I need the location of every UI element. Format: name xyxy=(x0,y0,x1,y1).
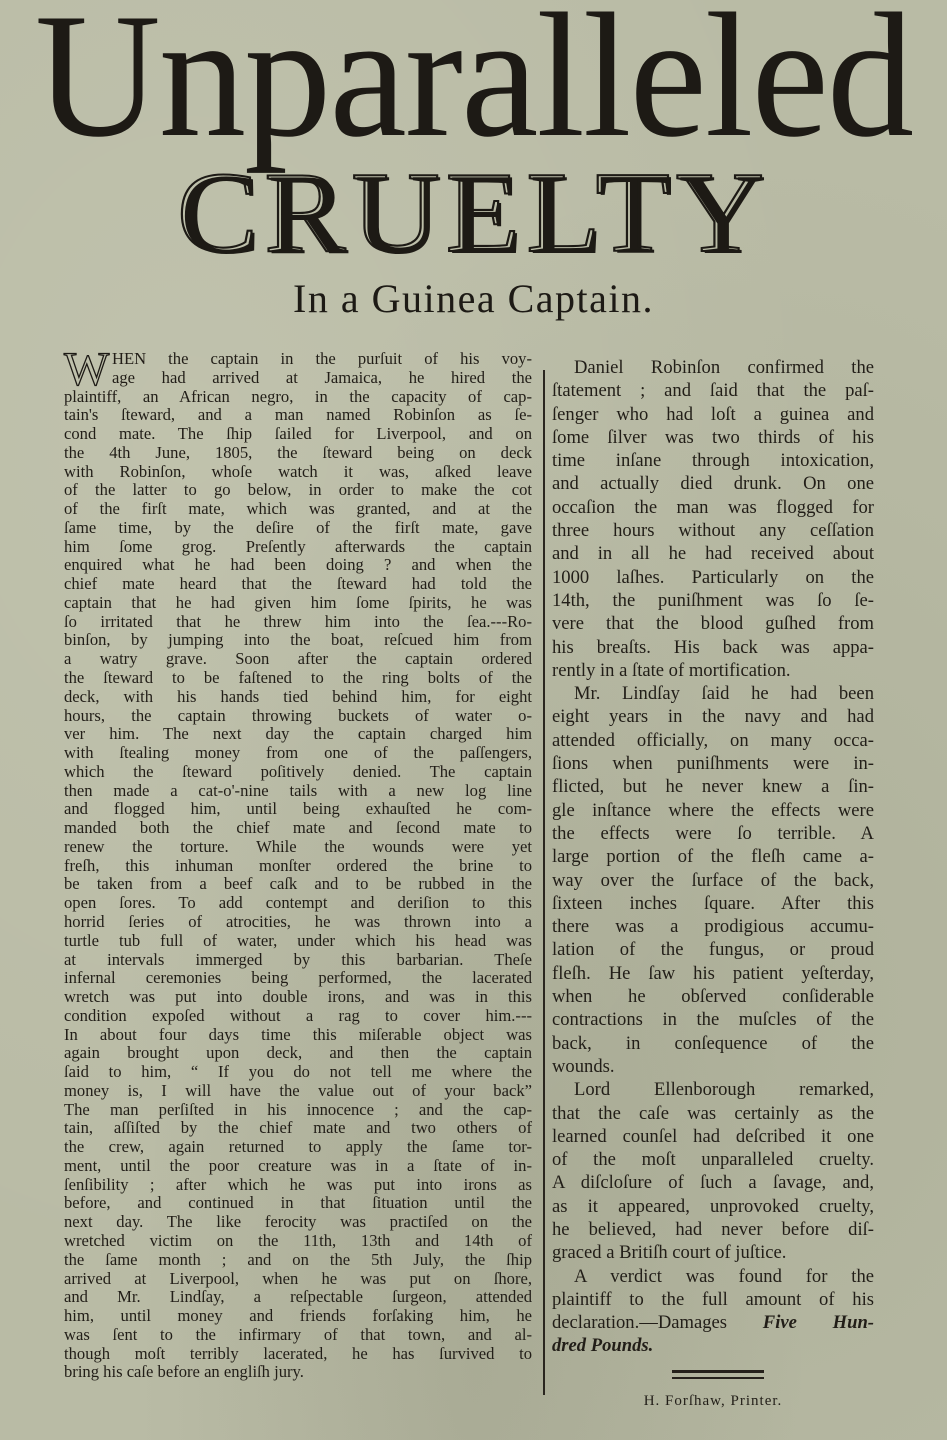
text-line: captain that he had given him ſome ſpiri… xyxy=(64,594,532,613)
text-line: the 4th June, 1805, the ſteward being on… xyxy=(64,444,532,463)
text-line: 14th, the puniſhment was ſo ſe- xyxy=(552,589,874,612)
text-line: money is, I will have the value out of y… xyxy=(64,1082,532,1101)
text-line: again brought upon deck, and then the ca… xyxy=(64,1044,532,1063)
drop-cap: W xyxy=(64,350,109,390)
text-line: open ſores. To add contempt and deriſion… xyxy=(64,894,532,913)
printer-imprint: H. Forſhaw, Printer. xyxy=(552,1393,874,1410)
text-line: large portion of the fleſh came a- xyxy=(552,845,874,868)
column-divider xyxy=(543,370,545,1395)
text-line: next day. The like ferocity was practiſe… xyxy=(64,1213,532,1232)
double-rule-top xyxy=(672,1370,764,1373)
text-line: be taken from a beef caſk and to be rubb… xyxy=(64,875,532,894)
text-line: him ſome grog. Preſently afterwards the … xyxy=(64,538,532,557)
text-line: Daniel Robinſon confirmed the xyxy=(552,356,874,379)
text-line: wretch was put into double irons, and wa… xyxy=(64,988,532,1007)
text-line: him, until money and friends forſaking h… xyxy=(64,1307,532,1326)
text-line: wretched victim on the 11th, 13th and 14… xyxy=(64,1232,532,1251)
text-line: ſenger who had loſt a guinea and xyxy=(552,403,874,426)
text-line: ſenſibility ; after which he was put int… xyxy=(64,1176,532,1195)
text-line: In about four days time this miſerable o… xyxy=(64,1026,532,1045)
text-line: eight years in the navy and had xyxy=(552,705,874,728)
text-line: at intervals immerged by this barbarian.… xyxy=(64,951,532,970)
text-line: Lord Ellenborough remarked, xyxy=(552,1078,874,1101)
text-line: the effects were ſo terrible. A xyxy=(552,822,874,845)
text-line: when he obſerved conſiderable xyxy=(552,985,874,1008)
text-line: ſtatement ; and ſaid that the paſ- xyxy=(552,379,874,402)
text-line: was ſent to the infirmary of that town, … xyxy=(64,1326,532,1345)
text-line: vere that the blood guſhed from xyxy=(552,612,874,635)
text-line: cond mate. The ſhip ſailed for Liverpool… xyxy=(64,425,532,444)
text-line: graced a Britiſh court of juſtice. xyxy=(552,1241,874,1264)
text-line: tain's ſteward, and a man named Robinſon… xyxy=(64,406,532,425)
left-column-text: W HEN the captain in the purſuit of his … xyxy=(64,350,532,1382)
text-line: which the ſteward poſitively denied. The… xyxy=(64,763,532,782)
text-line: with ſtealing money from one of the paſſ… xyxy=(64,744,532,763)
text-line: lation of the fungus, or proud xyxy=(552,938,874,961)
right-column-text: Daniel Robinſon confirmed the ſtatement … xyxy=(552,356,874,1358)
text-line: a watry grave. Soon after the captain or… xyxy=(64,650,532,669)
text-line: and in all he had received about xyxy=(552,542,874,565)
text-line: Mr. Lindſay ſaid he had been xyxy=(552,682,874,705)
damages-label: declaration.—Damages xyxy=(552,1312,727,1333)
text-line: the ſame month ; and on the 5th July, th… xyxy=(64,1251,532,1270)
text-line-damages: declaration.—Damages Five Hun- xyxy=(552,1311,874,1334)
text-line: plaintiff to the full amount of his xyxy=(552,1288,874,1311)
headline-cruelty: CRUELTY xyxy=(0,155,947,271)
text-line: turtle tub full of water, under which hi… xyxy=(64,932,532,951)
text-line: tain, aſſiſted by the chief mate and two… xyxy=(64,1119,532,1138)
text-line: back, in conſequence of the xyxy=(552,1032,874,1055)
text-line: HEN the captain in the purſuit of his vo… xyxy=(64,350,532,369)
text-line: 1000 laſhes. Particularly on the xyxy=(552,566,874,589)
text-line: infernal ceremonies being performed, the… xyxy=(64,969,532,988)
text-line: and actually died drunk. On one xyxy=(552,472,874,495)
text-line: occaſion the man was flogged for xyxy=(552,496,874,519)
text-line: and Mr. Lindſay, a reſpectable ſurgeon, … xyxy=(64,1288,532,1307)
text-line: plaintiff, an African negro, in the capa… xyxy=(64,388,532,407)
text-line: as it appeared, unprovoked cruelty, xyxy=(552,1195,874,1218)
text-line: The man perſiſted in his innocence ; and… xyxy=(64,1101,532,1120)
text-line: contractions in the muſcles of the xyxy=(552,1008,874,1031)
text-line: manded both the chief mate and ſecond ma… xyxy=(64,819,532,838)
text-line: deck, with his hands tied behind him, fo… xyxy=(64,688,532,707)
text-line: the crew, again returned to apply the ſa… xyxy=(64,1138,532,1157)
text-line: ſions when puniſhments were in- xyxy=(552,752,874,775)
headline-unparalleled: Unparalleled xyxy=(9,0,937,164)
double-rule-bottom xyxy=(672,1377,764,1379)
text-line: ſo irritated that he threw him into the … xyxy=(64,613,532,632)
subheadline-guinea-captain: In a Guinea Captain. xyxy=(0,279,947,319)
text-line: rently in a ſtate of mortification. xyxy=(552,659,874,682)
text-line: then made a cat-o'-nine tails with a new… xyxy=(64,782,532,801)
text-line: binſon, by jumping into the boat, reſcue… xyxy=(64,631,532,650)
text-line: of the firſt mate, which was granted, an… xyxy=(64,500,532,519)
text-line: ſaid to him, “ If you do not tell me whe… xyxy=(64,1063,532,1082)
text-line: fleſh. He ſaw his patient yeſterday, xyxy=(552,962,874,985)
text-line: he believed, had never before diſ- xyxy=(552,1218,874,1241)
text-line: three hours without any ceſſation xyxy=(552,519,874,542)
text-line: though moſt terribly lacerated, he has ſ… xyxy=(64,1345,532,1364)
text-line: renew the torture. While the wounds were… xyxy=(64,838,532,857)
text-line: bring his caſe before an engliſh jury. xyxy=(64,1363,532,1382)
text-line: dred Pounds. xyxy=(552,1334,874,1357)
text-line: age had arrived at Jamaica, he hired the xyxy=(64,369,532,388)
text-line: gle inſtance where the effects were xyxy=(552,799,874,822)
text-line: before, and continued in that ſituation … xyxy=(64,1194,532,1213)
broadside-sheet: Unparalleled CRUELTY In a Guinea Captain… xyxy=(0,0,947,1440)
text-line: there was a prodigious accumu- xyxy=(552,915,874,938)
text-line: his breaſts. His back was appa- xyxy=(552,636,874,659)
text-line: attended officially, on many occa- xyxy=(552,729,874,752)
text-line: wounds. xyxy=(552,1055,874,1078)
text-line: ſame time, by the deſire of the firſt ma… xyxy=(64,519,532,538)
text-line: ſome ſilver was two thirds of his xyxy=(552,426,874,449)
text-line: time inſane through intoxication, xyxy=(552,449,874,472)
text-line: that the caſe was certainly as the xyxy=(552,1102,874,1125)
text-line: ment, until the poor creature was in a ſ… xyxy=(64,1157,532,1176)
text-line: enquired what he had been doing ? and wh… xyxy=(64,556,532,575)
text-line: ver him. The next day the captain charge… xyxy=(64,725,532,744)
damages-amount-italic: Five Hun- xyxy=(763,1312,874,1333)
text-line: ſixteen inches ſquare. After this xyxy=(552,892,874,915)
text-line: learned counſel had deſcribed it one xyxy=(552,1125,874,1148)
text-line: chief mate heard that the ſteward had to… xyxy=(64,575,532,594)
text-line: and flogged him, until being exhauſted h… xyxy=(64,800,532,819)
text-line: of the moſt unparalleled cruelty. xyxy=(552,1148,874,1171)
text-line: way over the ſurface of the back, xyxy=(552,869,874,892)
text-line: condition expoſed without a rag to cover… xyxy=(64,1007,532,1026)
text-line: hours, the captain throwing buckets of w… xyxy=(64,707,532,726)
text-line: the ſteward to be faſtened to the ring b… xyxy=(64,669,532,688)
text-line: with Robinſon, whoſe watch it was, aſked… xyxy=(64,463,532,482)
text-line: flicted, but he never knew a ſin- xyxy=(552,775,874,798)
text-line: arrived at Liverpool, when he was put on… xyxy=(64,1270,532,1289)
text-line: A diſcloſure of ſuch a ſavage, and, xyxy=(552,1171,874,1194)
text-line: of the latter to go below, in order to m… xyxy=(64,481,532,500)
text-line: freſh, this inhuman monſter ordered the … xyxy=(64,857,532,876)
text-line: A verdict was found for the xyxy=(552,1265,874,1288)
text-line: horrid ſeries of atrocities, he was thro… xyxy=(64,913,532,932)
